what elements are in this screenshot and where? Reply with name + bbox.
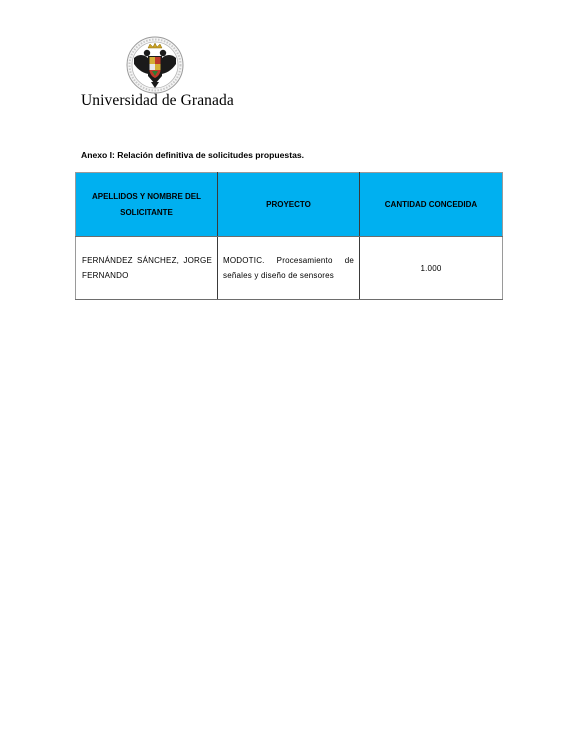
- table-row: FERNÁNDEZ SÁNCHEZ, JORGE FERNANDO MODOTI…: [76, 237, 503, 300]
- university-name: Universidad de Granada: [81, 92, 234, 110]
- column-header-amount: CANTIDAD CONCEDIDA: [360, 173, 503, 237]
- document-page: Universidad de Granada Anexo I: Relación…: [0, 0, 580, 751]
- applicant-cell: FERNÁNDEZ SÁNCHEZ, JORGE FERNANDO: [76, 237, 218, 300]
- grant-table: APELLIDOS Y NOMBRE DEL SOLICITANTE PROYE…: [75, 172, 503, 300]
- annex-title: Anexo I: Relación definitiva de solicitu…: [81, 150, 304, 160]
- university-crest-icon: [126, 36, 184, 94]
- column-header-applicant: APELLIDOS Y NOMBRE DEL SOLICITANTE: [76, 173, 218, 237]
- table-header-row: APELLIDOS Y NOMBRE DEL SOLICITANTE PROYE…: [76, 173, 503, 237]
- column-header-project: PROYECTO: [218, 173, 360, 237]
- amount-cell: 1.000: [360, 237, 503, 300]
- project-cell: MODOTIC. Procesamiento de señales y dise…: [218, 237, 360, 300]
